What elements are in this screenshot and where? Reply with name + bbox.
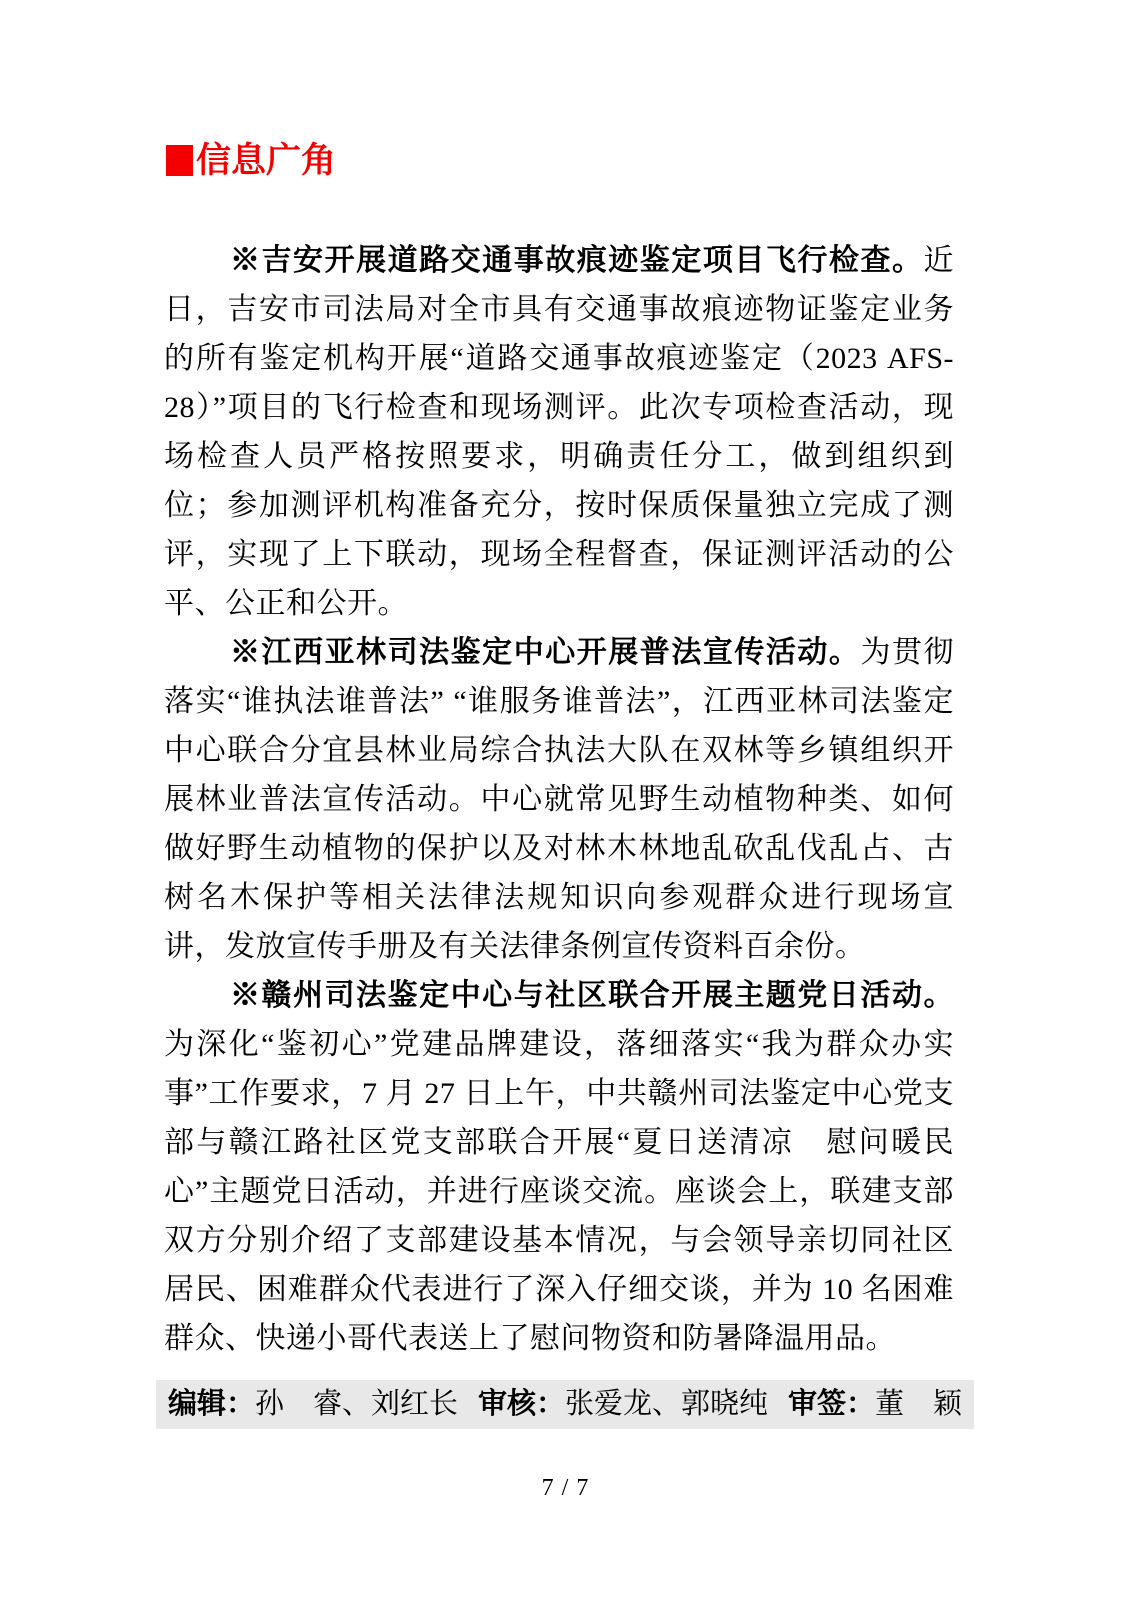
article-2-body: 为贯彻落实“谁执法谁普法” “谁服务谁普法”，江西亚林司法鉴定中心联合分宜县林业… xyxy=(164,636,954,963)
section-header: 信息广角 xyxy=(166,143,336,178)
article-2-title: ※江西亚林司法鉴定中心开展普法宣传活动。 xyxy=(230,636,860,669)
article-paragraph-3: ※赣州司法鉴定中心与社区联合开展主题党日活动。为深化“鉴初心”党建品牌建设，落细… xyxy=(164,971,954,1363)
article-paragraph-2: ※江西亚林司法鉴定中心开展普法宣传活动。为贯彻落实“谁执法谁普法” “谁服务谁普… xyxy=(164,628,954,971)
section-title: 信息广角 xyxy=(196,143,336,178)
article-3-title: ※赣州司法鉴定中心与社区联合开展主题党日活动。 xyxy=(230,979,954,1012)
credit-group-reviewer: 审核：张爱龙、郭晓纯 xyxy=(478,1390,768,1419)
article-3-body: 为深化“鉴初心”党建品牌建设，落细落实“我为群众办实事”工作要求，7 月 27 … xyxy=(164,1028,954,1355)
article-1-body: 近日，吉安市司法局对全市具有交通事故痕迹物证鉴定业务的所有鉴定机构开展“道路交通… xyxy=(164,244,954,620)
credit-group-editor: 编辑：孙 睿、刘红长 xyxy=(168,1390,458,1419)
page-number: 7 / 7 xyxy=(0,1475,1131,1502)
signer-names: 董 颖 xyxy=(875,1388,962,1420)
footer-credits-bar: 编辑：孙 睿、刘红长 审核：张爱龙、郭晓纯 审签：董 颖 xyxy=(156,1380,974,1429)
signer-label: 审签： xyxy=(788,1388,875,1420)
reviewer-label: 审核： xyxy=(478,1388,565,1420)
document-page: 信息广角 ※吉安开展道路交通事故痕迹鉴定项目飞行检查。近日，吉安市司法局对全市具… xyxy=(0,0,1131,1600)
editor-names: 孙 睿、刘红长 xyxy=(255,1388,458,1420)
article-1-title: ※吉安开展道路交通事故痕迹鉴定项目飞行检查。 xyxy=(230,244,924,277)
editor-label: 编辑： xyxy=(168,1388,255,1420)
credit-group-signer: 审签：董 颖 xyxy=(788,1390,962,1419)
reviewer-names: 张爱龙、郭晓纯 xyxy=(565,1388,768,1420)
red-square-bullet-icon xyxy=(166,145,193,176)
article-content: ※吉安开展道路交通事故痕迹鉴定项目飞行检查。近日，吉安市司法局对全市具有交通事故… xyxy=(164,236,954,1363)
article-paragraph-1: ※吉安开展道路交通事故痕迹鉴定项目飞行检查。近日，吉安市司法局对全市具有交通事故… xyxy=(164,236,954,628)
